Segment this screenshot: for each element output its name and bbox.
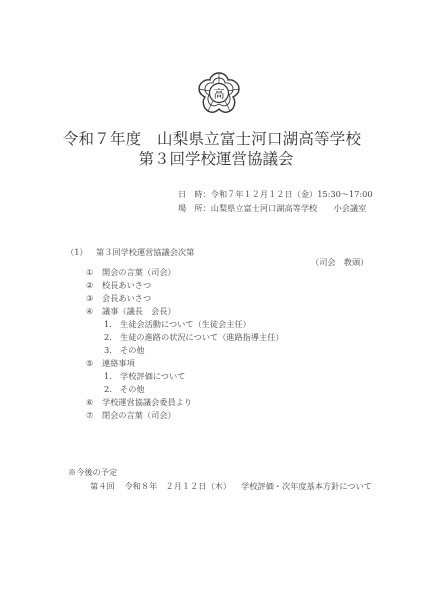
agenda-subitem: 1.学校評価について <box>104 371 185 382</box>
section-heading: （1）第３回学校運営協議会次第 <box>66 247 194 258</box>
agenda-item: ③会長あいさつ <box>86 293 151 304</box>
agenda-item: ⑤連絡事項 <box>86 358 135 369</box>
agenda-item: ②校長あいさつ <box>86 280 151 291</box>
date-value: 令和７年１２月１２日（金）15:30〜17:00 <box>211 189 373 199</box>
place-label: 場 所： <box>178 203 211 213</box>
agenda-item: ⑦閉会の言葉（司会） <box>86 410 176 421</box>
agenda-item: ④議事（議長 会長） <box>86 306 176 317</box>
date-label: 日 時： <box>178 189 211 199</box>
agenda-item: ①開会の言葉（司会） <box>86 267 176 278</box>
school-emblem-icon: 高 <box>195 70 243 118</box>
agenda-subitem: 2.その他 <box>104 384 145 395</box>
agenda-subitem: 1.生徒会活動について（生徒会主任） <box>104 319 251 330</box>
document-subtitle: 第３回学校運営協議会 <box>0 147 424 169</box>
future-schedule-item: 第４回令和８年 ２月１２日（木）学校評価・次年度基本方針について <box>90 481 372 492</box>
future-schedule-heading: ※今後の予定 <box>68 467 117 478</box>
svg-text:高: 高 <box>214 87 225 101</box>
agenda-subitem: 3.その他 <box>104 345 145 356</box>
future-topic: 学校評価・次年度基本方針について <box>241 481 372 491</box>
section-title: 第３回学校運営協議会次第 <box>96 247 194 257</box>
document-title: 令和７年度 山梨県立富士河口湖高等学校 <box>0 127 424 149</box>
meeting-place: 場 所：山梨県立富士河口湖高等学校 小会議室 <box>178 203 366 214</box>
presenter-note: （司会 教頭） <box>311 257 368 268</box>
future-session: 第４回 <box>90 481 115 491</box>
section-number: （1） <box>66 247 96 258</box>
meeting-date: 日 時：令和７年１２月１２日（金）15:30〜17:00 <box>178 189 373 200</box>
future-date: 令和８年 ２月１２日（木） <box>125 481 231 491</box>
agenda-item: ⑥学校運営協議会委員より <box>86 397 192 408</box>
agenda-subitem: 2.生徒の進路の状況について（進路指導主任） <box>104 332 284 343</box>
place-value: 山梨県立富士河口湖高等学校 小会議室 <box>211 203 367 213</box>
